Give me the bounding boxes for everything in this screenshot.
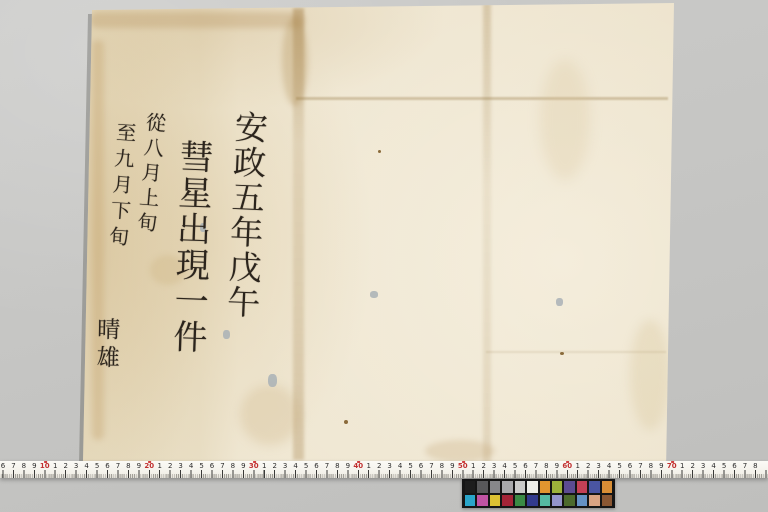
ruler-number: 1 [158, 462, 162, 470]
ruler-number: 4 [711, 462, 715, 470]
paper-speck [378, 150, 381, 153]
paper-damage-fleck [370, 291, 378, 298]
ruler-number: 3 [283, 462, 287, 470]
ruler-number: 7 [743, 462, 747, 470]
color-patch [564, 495, 574, 507]
calligraphy-column-signature: 晴雄 [94, 317, 118, 373]
ruler-number: 1 [680, 462, 684, 470]
color-patch [490, 481, 500, 493]
ruler-number: 9 [32, 462, 36, 470]
color-patch [577, 495, 587, 507]
color-patch [477, 481, 487, 493]
ruler-number: 7 [220, 462, 224, 470]
color-patch [552, 495, 562, 507]
ruler-number: 5 [617, 462, 621, 470]
ruler-number: 7 [11, 462, 15, 470]
ruler-number: 3 [74, 462, 78, 470]
ruler-number: 6 [105, 462, 109, 470]
ruler-number: 3 [178, 462, 182, 470]
color-patch [589, 481, 599, 493]
ruler-number: 9 [241, 462, 245, 470]
ruler-number: 6 [732, 462, 736, 470]
paper-stain [90, 12, 305, 28]
ruler-number: 1 [576, 462, 580, 470]
calligraphy-column-period-from: 從八月上旬 [135, 111, 166, 237]
ruler-number: 6 [1, 462, 5, 470]
ruler-number: 5 [513, 462, 517, 470]
ruler-number: 8 [753, 462, 757, 470]
ruler-number: 5 [304, 462, 308, 470]
ruler-number: 6 [628, 462, 632, 470]
paper-stain [425, 440, 495, 462]
paper-damage-fleck [556, 298, 563, 306]
ruler-number: 2 [168, 462, 172, 470]
paper-stain [92, 40, 104, 440]
paper-damage-fleck [268, 374, 277, 387]
fold-crease-horizontal-top [296, 97, 668, 100]
ruler-number: 6 [210, 462, 214, 470]
color-patch [502, 481, 512, 493]
ruler-number: 7 [638, 462, 642, 470]
ruler-number: 9 [137, 462, 141, 470]
color-calibration-chart [462, 479, 615, 508]
ruler-number: 9 [450, 462, 454, 470]
color-patch [515, 495, 525, 507]
ruler-number: 7 [534, 462, 538, 470]
color-patch [552, 481, 562, 493]
ruler-number: 2 [690, 462, 694, 470]
ruler-number: 1 [367, 462, 371, 470]
color-patch [527, 495, 537, 507]
ruler-number: 8 [649, 462, 653, 470]
ruler-number: 4 [502, 462, 506, 470]
color-patch [540, 481, 550, 493]
fold-crease-vertical-left [293, 8, 304, 460]
ruler-number: 2 [481, 462, 485, 470]
calligraphy-column-era-date: 安政五年戊午 [224, 109, 266, 320]
ruler-number: 8 [335, 462, 339, 470]
ruler-decade-number: 40 [353, 462, 363, 470]
color-patch [589, 495, 599, 507]
paper-stain [540, 60, 590, 180]
ruler-number: 4 [293, 462, 297, 470]
ruler-number: 1 [471, 462, 475, 470]
paper-stain [282, 16, 308, 106]
ruler-decade-number: 30 [249, 462, 259, 470]
ruler-number: 3 [701, 462, 705, 470]
paper-stain [630, 320, 670, 430]
ruler-decade-number: 20 [144, 462, 154, 470]
ruler-number: 8 [231, 462, 235, 470]
color-patch [477, 495, 487, 507]
ruler-number: 6 [523, 462, 527, 470]
ruler-number: 6 [419, 462, 423, 470]
ruler-cm-ticks [0, 470, 768, 478]
ruler-number: 8 [544, 462, 548, 470]
color-patch [515, 481, 525, 493]
ruler-number: 5 [199, 462, 203, 470]
paper-speck [344, 420, 348, 424]
ruler-number: 8 [126, 462, 130, 470]
ruler-number: 4 [607, 462, 611, 470]
document-paper: 安政五年戊午 彗星出現一件 從八月上旬 至九月下旬 晴雄 [0, 0, 768, 512]
ruler-number: 4 [84, 462, 88, 470]
paper-speck [560, 352, 564, 355]
ruler-decade-number: 60 [562, 462, 572, 470]
ruler-number: 9 [346, 462, 350, 470]
calligraphy-column-period-to: 至九月下旬 [106, 121, 135, 252]
ruler-number: 3 [492, 462, 496, 470]
calligraphy-column-title: 彗星出現一件 [169, 138, 211, 355]
ruler-number: 8 [22, 462, 26, 470]
color-patch [527, 481, 537, 493]
ruler-number: 5 [95, 462, 99, 470]
ruler-number: 4 [398, 462, 402, 470]
paper-damage-fleck [223, 330, 230, 339]
color-patch [540, 495, 550, 507]
color-patch [602, 495, 612, 507]
ruler-number: 2 [586, 462, 590, 470]
color-patch [502, 495, 512, 507]
ruler-decade-number: 10 [40, 462, 50, 470]
ruler-number: 5 [722, 462, 726, 470]
ruler-number: 3 [387, 462, 391, 470]
ruler-number: 7 [429, 462, 433, 470]
fold-crease-vertical-right [483, 2, 491, 470]
color-patch [465, 481, 475, 493]
ruler-decade-number: 50 [458, 462, 468, 470]
ruler-number: 5 [408, 462, 412, 470]
ruler-number: 2 [272, 462, 276, 470]
color-patch [490, 495, 500, 507]
color-patch [602, 481, 612, 493]
paper-stain [240, 385, 300, 445]
ruler-number: 2 [377, 462, 381, 470]
ruler-number: 7 [325, 462, 329, 470]
ruler-decade-number: 70 [667, 462, 677, 470]
ruler-number: 8 [440, 462, 444, 470]
color-patch [564, 481, 574, 493]
ruler-number: 7 [116, 462, 120, 470]
ruler-number: 6 [314, 462, 318, 470]
fold-crease-horizontal-faint [486, 351, 666, 353]
ruler-number: 1 [262, 462, 266, 470]
ruler-number: 9 [659, 462, 663, 470]
ruler-number: 2 [63, 462, 67, 470]
ruler-number: 3 [596, 462, 600, 470]
ruler-number: 1 [53, 462, 57, 470]
photo-stage: 安政五年戊午 彗星出現一件 從八月上旬 至九月下旬 晴雄 67891012345… [0, 0, 768, 512]
measurement-ruler: 6789101234567892012345678930123456789401… [0, 461, 768, 478]
color-patch [465, 495, 475, 507]
ruler-number: 4 [189, 462, 193, 470]
color-patch [577, 481, 587, 493]
ruler-number: 9 [555, 462, 559, 470]
